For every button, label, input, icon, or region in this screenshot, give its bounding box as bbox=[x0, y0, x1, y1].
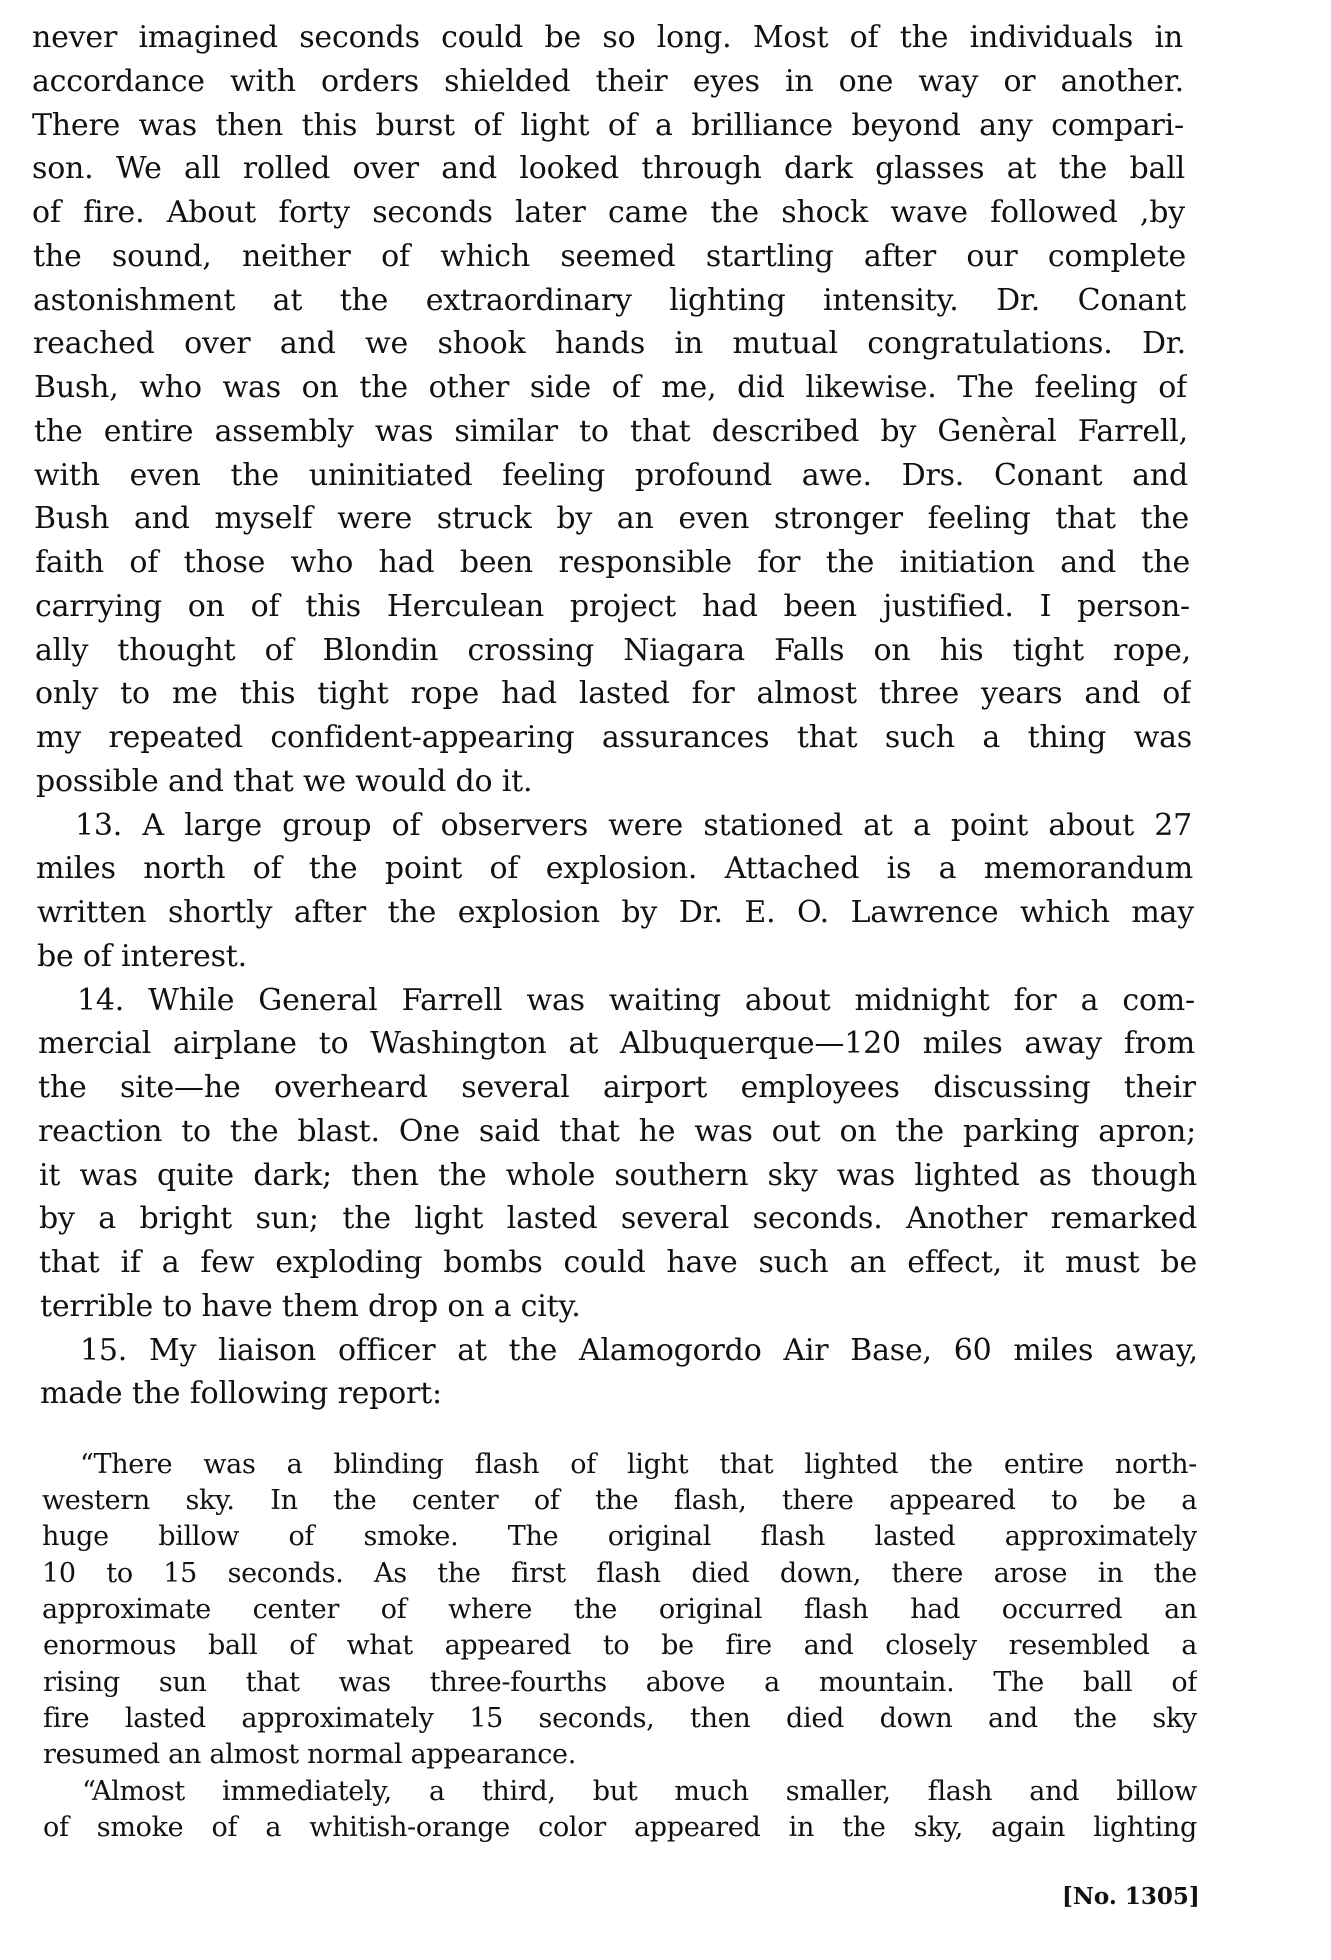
paragraph-13-start: 13. A large group of observers were stat… bbox=[75, 804, 1192, 848]
quote-line: of smoke of a whitish-orange color appea… bbox=[43, 1810, 1197, 1846]
text-line: faith of those who had been responsible … bbox=[35, 541, 1190, 585]
text-line: the site—he overheard several airport em… bbox=[38, 1066, 1196, 1110]
text-line: Bush and myself were struck by an even s… bbox=[34, 497, 1189, 541]
text-line: the sound, neither of which seemed start… bbox=[33, 235, 1186, 279]
text-line: my repeated confident-appearing assuranc… bbox=[36, 716, 1192, 760]
quote-line: huge billow of smoke. The original flash… bbox=[42, 1519, 1197, 1555]
text-line: the entire assembly was similar to that … bbox=[34, 410, 1188, 454]
text-line: son. We all rolled over and looked throu… bbox=[32, 147, 1185, 191]
text-line: possible and that we would do it. bbox=[36, 760, 1192, 804]
text-line: terrible to have them drop on a city. bbox=[40, 1285, 1198, 1329]
text-line: made the following report: bbox=[40, 1372, 1198, 1416]
quote-line: enormous ball of what appeared to be fir… bbox=[43, 1628, 1197, 1664]
text-line: it was quite dark; then the whole southe… bbox=[39, 1154, 1197, 1198]
text-line: reached over and we shook hands in mutua… bbox=[33, 322, 1186, 366]
text-line: ally thought of Blondin crossing Niagara… bbox=[35, 629, 1191, 673]
text-line: astonishment at the extraordinary lighti… bbox=[33, 279, 1186, 323]
text-line: that if a few exploding bombs could have… bbox=[39, 1241, 1197, 1285]
quote-line: rising sun that was three-fourths above … bbox=[43, 1665, 1197, 1701]
quote-line: 10 to 15 seconds. As the first flash die… bbox=[42, 1556, 1197, 1592]
text-line: never imagined seconds could be so long.… bbox=[32, 16, 1183, 60]
quote-line: resumed an almost normal appearance. bbox=[43, 1737, 1197, 1773]
paragraph-14-start: 14. While General Farrell was waiting ab… bbox=[77, 979, 1195, 1023]
text-line: with even the uninitiated feeling profou… bbox=[34, 454, 1188, 498]
text-line: mercial airplane to Washington at Albuqu… bbox=[38, 1022, 1195, 1066]
text-line: only to me this tight rope had lasted fo… bbox=[35, 672, 1191, 716]
quote-line: approximate center of where the original… bbox=[42, 1592, 1197, 1628]
text-line: carrying on of this Herculean project ha… bbox=[35, 585, 1190, 629]
document-number: [No. 1305] bbox=[1062, 1882, 1200, 1912]
quote-paragraph-start: “Almost immediately, a third, but much s… bbox=[82, 1774, 1197, 1810]
text-line: by a bright sun; the light lasted severa… bbox=[39, 1197, 1197, 1241]
quote-paragraph-start: “There was a blinding flash of light tha… bbox=[80, 1447, 1197, 1483]
quote-line: fire lasted approximately 15 seconds, th… bbox=[43, 1701, 1197, 1737]
quote-line: western sky. In the center of the flash,… bbox=[42, 1483, 1197, 1519]
text-line: accordance with orders shielded their ey… bbox=[32, 60, 1184, 104]
document-page: never imagined seconds could be so long.… bbox=[0, 0, 1331, 1960]
text-line: Bush, who was on the other side of me, d… bbox=[34, 366, 1187, 410]
text-line: be of interest. bbox=[37, 935, 1194, 979]
text-line: There was then this burst of light of a … bbox=[32, 104, 1184, 148]
paragraph-15-start: 15. My liaison officer at the Alamogordo… bbox=[80, 1329, 1198, 1373]
text-line: reaction to the blast. One said that he … bbox=[38, 1110, 1196, 1154]
text-line: written shortly after the explosion by D… bbox=[37, 891, 1194, 935]
text-line: of fire. About forty seconds later came … bbox=[32, 191, 1185, 235]
text-line: miles north of the point of explosion. A… bbox=[36, 847, 1193, 891]
